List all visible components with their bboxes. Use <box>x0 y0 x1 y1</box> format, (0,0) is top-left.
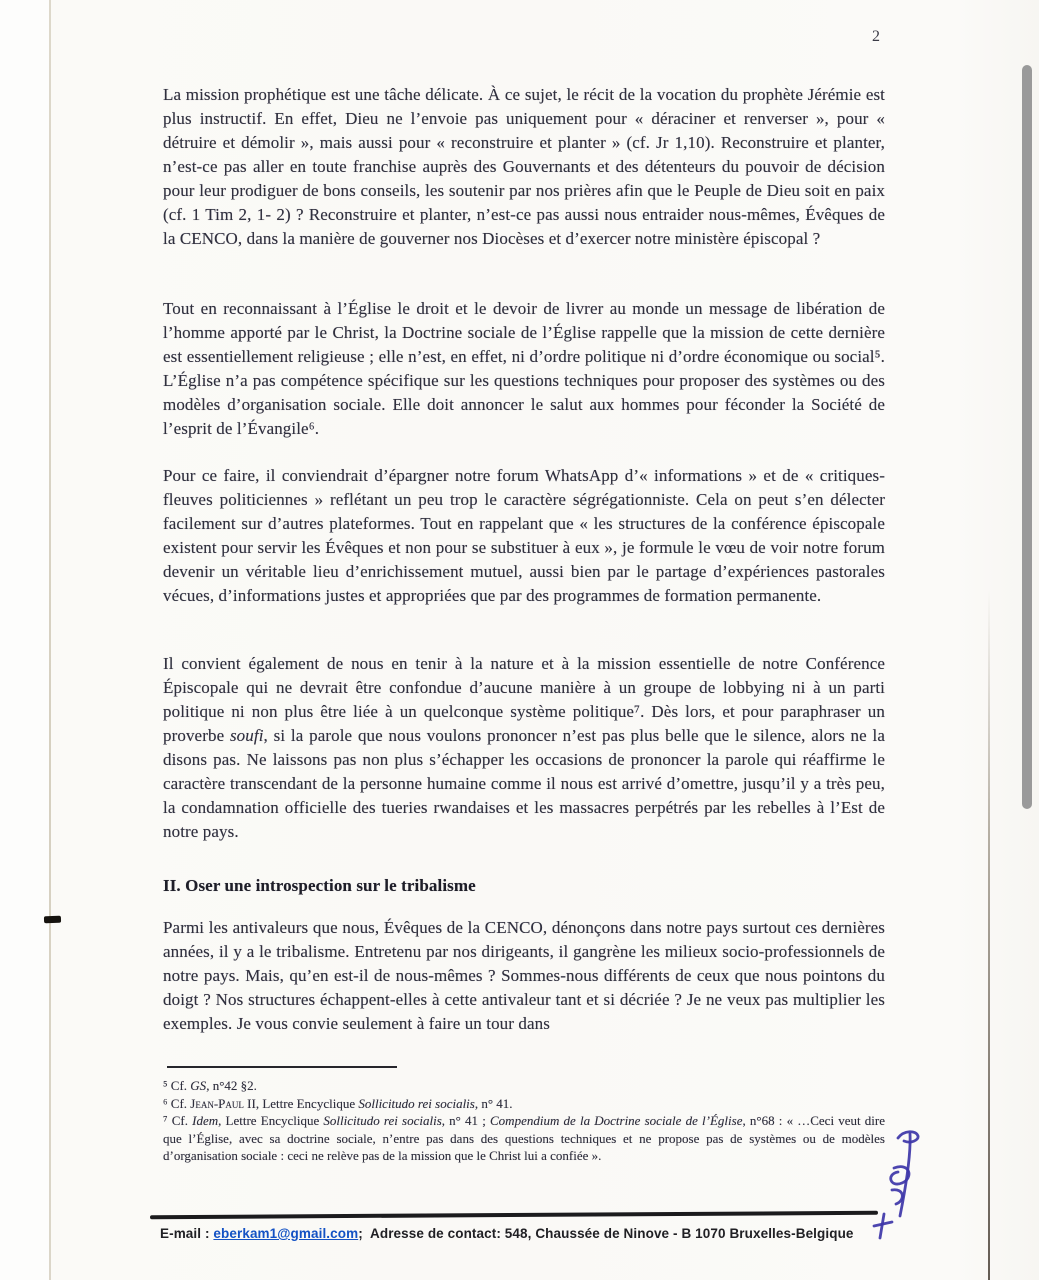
page-edge-shadow <box>988 590 990 1280</box>
footer-rule <box>150 1211 878 1219</box>
footnotes-block: ⁵ Cf. GS, n°42 §2. ⁶ Cf. Jean-Paul II, L… <box>163 1077 885 1165</box>
section-heading: II. Oser une introspection sur le tribal… <box>163 874 885 898</box>
page-fold-line <box>49 0 51 1280</box>
section-heading-block: II. Oser une introspection sur le tribal… <box>163 874 885 898</box>
footnote-separator <box>167 1066 397 1068</box>
footnote: ⁶ Cf. Jean-Paul II, Lettre Encyclique So… <box>163 1095 885 1113</box>
paragraph-text: Il convient également de nous en tenir à… <box>163 652 885 844</box>
body-paragraph: La mission prophétique est une tâche dél… <box>163 83 885 251</box>
paragraph-text: Parmi les antivaleurs que nous, Évêques … <box>163 916 885 1036</box>
scanned-document-viewer: { "colors": { "paper": "#faf9f6", "text"… <box>0 0 1039 1280</box>
scan-artifact-mark <box>44 916 61 924</box>
document-page: 2 La mission prophétique est une tâche d… <box>0 0 1039 1280</box>
body-paragraph: Il convient également de nous en tenir à… <box>163 652 885 844</box>
paragraph-text: La mission prophétique est une tâche dél… <box>163 83 885 251</box>
scrollbar-thumb[interactable] <box>1022 65 1032 809</box>
paragraph-text: Pour ce faire, il conviendrait d’épargne… <box>163 464 885 608</box>
body-paragraph: Parmi les antivaleurs que nous, Évêques … <box>163 916 885 1036</box>
body-paragraph: Tout en reconnaissant à l’Église le droi… <box>163 297 885 441</box>
footnote: ⁷ Cf. Idem, Lettre Encyclique Sollicitud… <box>163 1112 885 1165</box>
body-paragraph: Pour ce faire, il conviendrait d’épargne… <box>163 464 885 608</box>
email-link[interactable]: eberkam1@gmail.com <box>213 1226 358 1241</box>
footnote: ⁵ Cf. GS, n°42 §2. <box>163 1077 885 1095</box>
page-number: 2 <box>872 28 880 46</box>
paragraph-text: Tout en reconnaissant à l’Église le droi… <box>163 297 885 441</box>
footer-contact-line: E-mail : eberkam1@gmail.com; Adresse de … <box>160 1226 940 1241</box>
handwritten-signature-ink <box>864 1128 928 1240</box>
page-left-margin <box>0 0 49 1280</box>
